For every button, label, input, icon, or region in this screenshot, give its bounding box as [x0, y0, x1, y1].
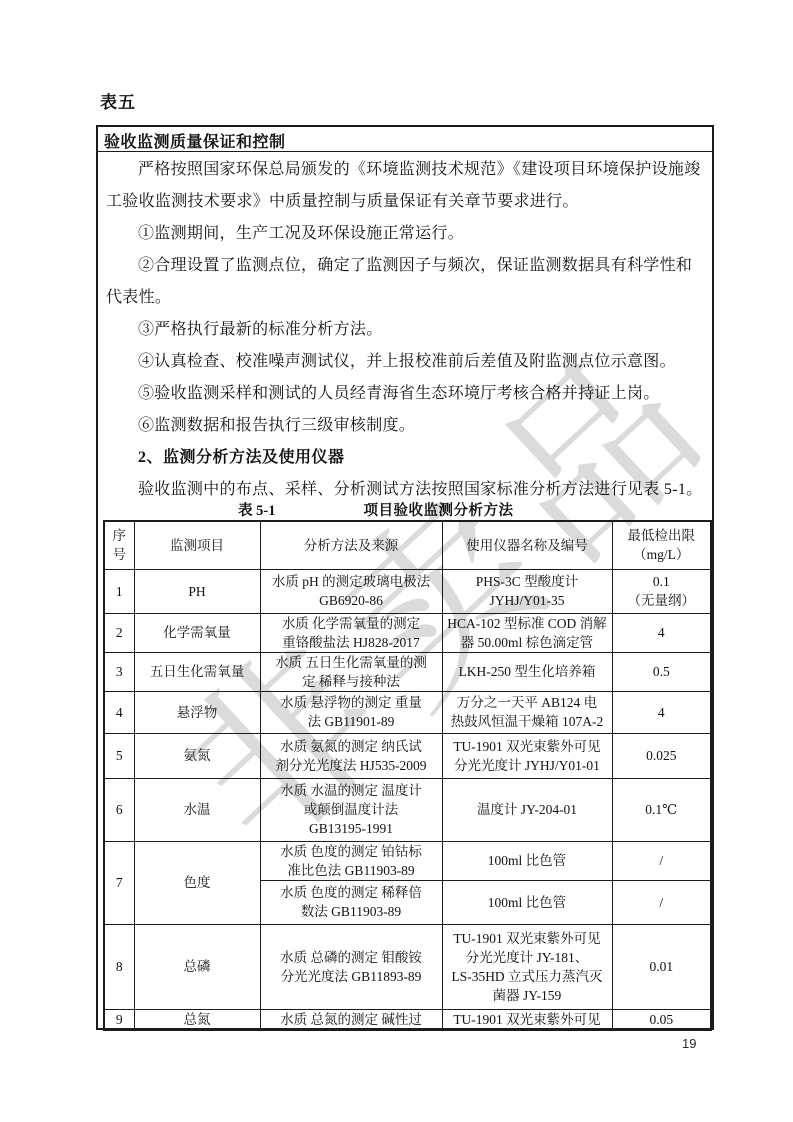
cell-method: 水质 pH 的测定玻璃电极法 GB6920-86: [260, 569, 442, 613]
cell-instrument: 温度计 JY-204-01: [442, 778, 612, 841]
cell-instrument: TU-1901 双光束紫外可见 分光光度计 JY-181、 LS-35HD 立式…: [442, 924, 612, 1009]
cell-no: 3: [104, 652, 134, 691]
col-header-limit: 最低检出限 （mg/L）: [612, 521, 711, 569]
table-caption: 表 5-1 项目验收监测分析方法: [98, 499, 712, 520]
cell-method: 水质 总磷的测定 钼酸铵 分光光度法 GB11893-89: [260, 924, 442, 1009]
cell-item: 氨氮: [134, 733, 260, 778]
document-page: 非卖品 表五 验收监测质量保证和控制 严格按照国家环保总局颁发的《环境监测技术规…: [0, 0, 793, 1122]
cell-item: 化学需氧量: [134, 613, 260, 652]
cell-no: 2: [104, 613, 134, 652]
cell-method: 水质 悬浮物的测定 重量 法 GB11901-89: [260, 691, 442, 733]
box-header: 验收监测质量保证和控制: [98, 127, 712, 152]
table-row: 8 总磷 水质 总磷的测定 钼酸铵 分光光度法 GB11893-89 TU-19…: [104, 924, 711, 1009]
list-item-5: ⑤验收监测采样和测试的人员经青海省生态环境厅考核合格并持证上岗。: [106, 378, 704, 410]
cell-instrument: TU-1901 双光束紫外可见 分光光度计 JYHJ/Y01-01: [442, 733, 612, 778]
cell-limit: 0.01: [612, 924, 711, 1009]
table-row: 5 氨氮 水质 氨氮的测定 纳氏试 剂分光光度法 HJ535-2009 TU-1…: [104, 733, 711, 778]
cell-method: 水质 色度的测定 稀释倍 数法 GB11903-89: [260, 880, 442, 924]
cell-instrument: 100ml 比色管: [442, 841, 612, 880]
cell-limit: /: [612, 880, 711, 924]
table-row: 6 水温 水质 水温的测定 温度计 或颠倒温度计法 GB13195-1991 温…: [104, 778, 711, 841]
cell-instrument: 100ml 比色管: [442, 880, 612, 924]
cell-item: PH: [134, 569, 260, 613]
cell-no: 8: [104, 924, 134, 1009]
col-header-instrument: 使用仪器名称及编号: [442, 521, 612, 569]
cell-item: 悬浮物: [134, 691, 260, 733]
cell-limit: 4: [612, 613, 711, 652]
content-box: 验收监测质量保证和控制 严格按照国家环保总局颁发的《环境监测技术规范》《建设项目…: [96, 125, 714, 1030]
cell-no: 1: [104, 569, 134, 613]
cell-item: 水温: [134, 778, 260, 841]
table-row: 9 总氮 水质 总氮的测定 碱性过 TU-1901 双光束紫外可见 0.05: [104, 1009, 711, 1030]
table-row: 3 五日生化需氧量 水质 五日生化需氧量的测 定 稀释与接种法 LKH-250 …: [104, 652, 711, 691]
list-item-3: ③严格执行最新的标准分析方法。: [106, 314, 704, 346]
caption-label: 表 5-1: [238, 499, 275, 520]
cell-limit: 0.5: [612, 652, 711, 691]
cell-item: 总磷: [134, 924, 260, 1009]
cell-instrument: HCA-102 型标准 COD 消解 器 50.00ml 棕色滴定管: [442, 613, 612, 652]
table-row: 2 化学需氧量 水质 化学需氧量的测定 重铬酸盐法 HJ828-2017 HCA…: [104, 613, 711, 652]
table-row: 4 悬浮物 水质 悬浮物的测定 重量 法 GB11901-89 万分之一天平 A…: [104, 691, 711, 733]
analysis-methods-table: 序 号 监测项目 分析方法及来源 使用仪器名称及编号 最低检出限 （mg/L） …: [103, 520, 712, 1031]
list-item-4: ④认真检查、校准噪声测试仪，并上报校准前后差值及附监测点位示意图。: [106, 346, 704, 378]
intro-paragraph: 严格按照国家环保总局颁发的《环境监测技术规范》《建设项目环境保护设施竣工验收监测…: [106, 154, 704, 218]
cell-limit: /: [612, 841, 711, 880]
table-header-row: 序 号 监测项目 分析方法及来源 使用仪器名称及编号 最低检出限 （mg/L）: [104, 521, 711, 569]
cell-method: 水质 总氮的测定 碱性过: [260, 1009, 442, 1030]
cell-no: 9: [104, 1009, 134, 1030]
cell-no: 4: [104, 691, 134, 733]
page-number: 19: [682, 1036, 696, 1051]
cell-limit: 0.1℃: [612, 778, 711, 841]
cell-instrument: 万分之一天平 AB124 电 热鼓风恒温干燥箱 107A-2: [442, 691, 612, 733]
table-row: 1 PH 水质 pH 的测定玻璃电极法 GB6920-86 PHS-3C 型酸度…: [104, 569, 711, 613]
cell-method: 水质 色度的测定 铂钴标 准比色法 GB11903-89: [260, 841, 442, 880]
cell-limit: 0.05: [612, 1009, 711, 1030]
col-header-no: 序 号: [104, 521, 134, 569]
cell-limit: 0.1 （无量纲）: [612, 569, 711, 613]
cell-item: 五日生化需氧量: [134, 652, 260, 691]
cell-instrument: LKH-250 型生化培养箱: [442, 652, 612, 691]
cell-no: 6: [104, 778, 134, 841]
cell-method: 水质 化学需氧量的测定 重铬酸盐法 HJ828-2017: [260, 613, 442, 652]
caption-title: 项目验收监测分析方法: [363, 499, 513, 520]
qa-paragraphs: 严格按照国家环保总局颁发的《环境监测技术规范》《建设项目环境保护设施竣工验收监测…: [106, 154, 704, 506]
cell-method: 水质 水温的测定 温度计 或颠倒温度计法 GB13195-1991: [260, 778, 442, 841]
list-item-6: ⑥监测数据和报告执行三级审核制度。: [106, 410, 704, 442]
cell-no: 7: [104, 841, 134, 924]
cell-item: 色度: [134, 841, 260, 924]
section-heading: 2、监测分析方法及使用仪器: [106, 442, 704, 474]
col-header-method: 分析方法及来源: [260, 521, 442, 569]
cell-item: 总氮: [134, 1009, 260, 1030]
list-item-2: ②合理设置了监测点位，确定了监测因子与频次，保证监测数据具有科学性和代表性。: [106, 250, 704, 314]
cell-limit: 4: [612, 691, 711, 733]
cell-no: 5: [104, 733, 134, 778]
col-header-item: 监测项目: [134, 521, 260, 569]
cell-method: 水质 五日生化需氧量的测 定 稀释与接种法: [260, 652, 442, 691]
list-item-1: ①监测期间，生产工况及环保设施正常运行。: [106, 218, 704, 250]
table-row: 7 色度 水质 色度的测定 铂钴标 准比色法 GB11903-89 100ml …: [104, 841, 711, 880]
doc-title: 表五: [100, 88, 136, 113]
cell-method: 水质 氨氮的测定 纳氏试 剂分光光度法 HJ535-2009: [260, 733, 442, 778]
cell-instrument: TU-1901 双光束紫外可见: [442, 1009, 612, 1030]
cell-instrument: PHS-3C 型酸度计 JYHJ/Y01-35: [442, 569, 612, 613]
cell-limit: 0.025: [612, 733, 711, 778]
